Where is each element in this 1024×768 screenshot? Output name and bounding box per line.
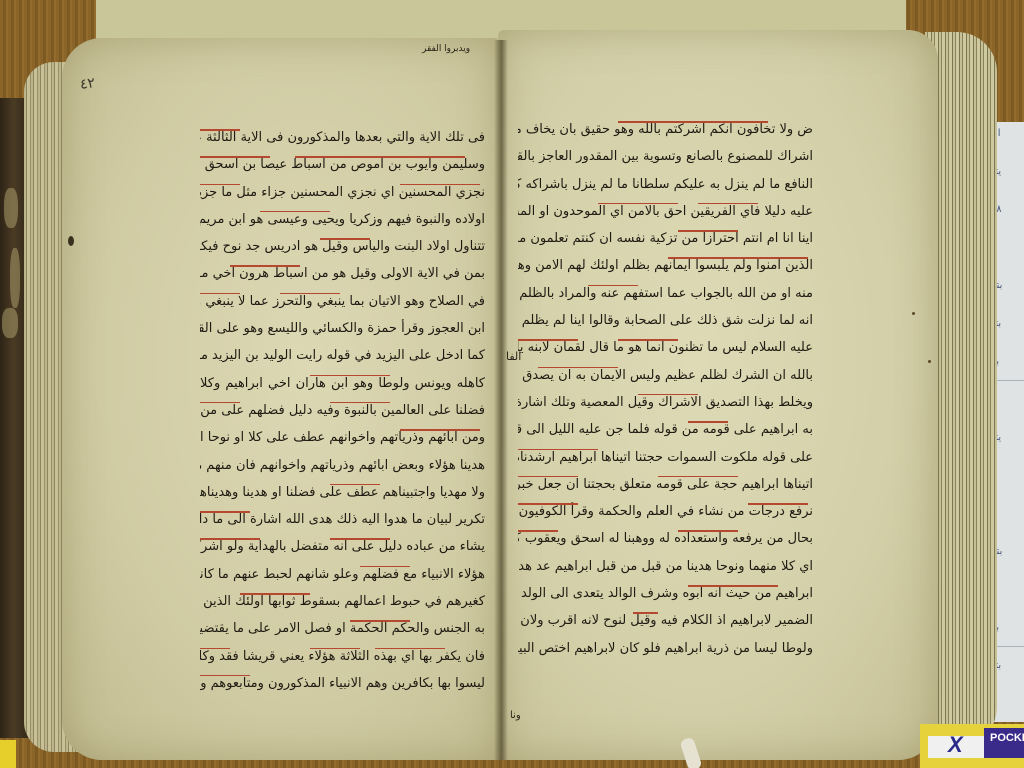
manuscript-line: منه او من الله بالجواب عما استفهم عنه وا… [518, 280, 813, 307]
manuscript-line: وسليمن وايوب بن اموص من اسباط عيصا بن اس… [200, 151, 485, 178]
rubric-overline [588, 285, 638, 287]
manuscript-line: بمن في الاية الاولى وقيل هو من اسباط هرو… [200, 260, 485, 287]
manuscript-line: فى تلك الاية والتي بعدها والمذكورون فى ا… [200, 124, 485, 151]
right-page-text: ض ولا تخافون انكم اشركتم بالله وهو حقيق … [518, 116, 813, 662]
rubric-overline [748, 503, 808, 505]
rubric-overline [280, 293, 340, 295]
rubric-overline [688, 421, 728, 423]
rubric-overline [230, 265, 300, 267]
manuscript-line: به ابراهيم على قومه من قوله فلما جن عليه… [518, 416, 813, 443]
rubric-overline [598, 203, 678, 205]
rubric-overline [400, 429, 480, 431]
rubric-overline [618, 339, 678, 341]
manuscript-line: النافع ما لم ينزل به عليكم سلطانا ما لم … [518, 171, 813, 198]
manuscript-line: نجزي المحسنين اي نجزي المحسنين جزاء مثل … [200, 179, 485, 206]
rubric-overline [518, 530, 558, 532]
rubric-overline [518, 339, 578, 341]
manuscript-line: فضلنا على العالمين بالنبوة وفيه دليل فضل… [200, 397, 485, 424]
manuscript-line: الذين امنوا ولم يلبسوا ايمانهم بظلم اولئ… [518, 252, 813, 279]
manuscript-line: يشاء من عباده دليل على انه متفضل بالهداي… [200, 533, 485, 560]
rubric-overline [518, 476, 578, 478]
rubric-overline [350, 620, 410, 622]
rubric-overline [200, 293, 240, 295]
manuscript-line: الضمير لابراهيم اذ الكلام فيه وقيل لنوح … [518, 607, 813, 634]
rubric-overline [310, 375, 390, 377]
rubric-overline [200, 156, 270, 158]
left-page-text: فى تلك الاية والتي بعدها والمذكورون فى ا… [200, 124, 485, 697]
manuscript-line: اولاده والنبوة فيهم وزكريا ويحيى وعيسى ه… [200, 206, 485, 233]
manuscript-line: على قوله ملكوت السموات حجتنا اتيناها ابر… [518, 444, 813, 471]
rubric-overline [360, 566, 410, 568]
manuscript-line: ابراهيم من حيث انه ابوه وشرف الوالد يتعد… [518, 580, 813, 607]
manuscript-line: ولا مهديا واجتبيناهم عطف على فضلنا او هد… [200, 479, 485, 506]
rubric-overline [330, 402, 390, 404]
rubric-overline [200, 648, 230, 650]
rubric-overline [310, 648, 360, 650]
rubric-overline [678, 530, 738, 532]
rubric-overline [518, 449, 598, 451]
manuscript-line: كما ادخل على اليزيد في قوله رايت الوليد … [200, 342, 485, 369]
paper-stain [928, 360, 931, 363]
rubric-overline [618, 121, 768, 123]
rubric-overline [295, 156, 465, 158]
rubric-overline [330, 484, 380, 486]
rubric-overline [200, 675, 250, 677]
rubric-overline [698, 203, 758, 205]
manuscript-line: اي كلا منهما ونوحا هدينا من قبل من قبل ا… [518, 553, 813, 580]
yellow-object [0, 740, 16, 768]
manuscript-line: كغيرهم في حبوط اعمالهم بسقوط ثوابها اولئ… [200, 588, 485, 615]
manuscript-line: انه لما نزلت شق ذلك على الصحابة وقالوا ا… [518, 307, 813, 334]
rubric-overline [633, 612, 658, 614]
manuscript-line: هدينا هؤلاء وبعض ابائهم وذرياتهم واخوانه… [200, 452, 485, 479]
manuscript-line: اشراك للمصنوع بالصانع وتسوية بين المقدور… [518, 143, 813, 170]
rubric-overline [688, 585, 778, 587]
manuscript-line: تكرير لبيان ما هدوا اليه ذلك هدى الله اش… [200, 506, 485, 533]
manuscript-line: فان يكفر بها اي بهذه الثلاثة هؤلاء يعني … [200, 643, 485, 670]
rubric-overline [240, 593, 310, 595]
paper-stain [912, 312, 915, 315]
manuscript-line: ابن العجوز وقرأ حمزة والكسائي والليسع وه… [200, 315, 485, 342]
rubric-overline [200, 511, 250, 513]
box-letter: X [948, 732, 963, 758]
manuscript-line: تتناول اولاد البنت والياس وقيل هو ادريس … [200, 233, 485, 260]
rubric-overline [260, 211, 330, 213]
book-gutter [494, 40, 508, 760]
manuscript-line: بحال من يرفعه واستعداده له ووهبنا له اسح… [518, 525, 813, 552]
rubric-overline [200, 402, 240, 404]
rubric-overline [658, 476, 738, 478]
header-note: ويدبروا الفقر [422, 44, 470, 54]
product-box: X POCKE [920, 724, 1024, 768]
manuscript-line: ليسوا بها بكافرين وهم الانبياء المذكورون… [200, 670, 485, 697]
manuscript-line: في الصلاح وهو الاتيان بما ينبغي والتحرز … [200, 288, 485, 315]
manuscript-line: ومن ابائهم وذرياتهم واخوانهم عطف على كلا… [200, 424, 485, 451]
rubric-overline [518, 503, 578, 505]
folio-number: ٤٢ [79, 75, 96, 93]
rubric-overline [200, 538, 260, 540]
manuscript-line: ويخلط بهذا التصديق الاشراك وقيل المعصية … [518, 389, 813, 416]
manuscript-line: ض ولا تخافون انكم اشركتم بالله وهو حقيق … [518, 116, 813, 143]
manuscript-line: عليه دليلا فاي الفريقين احق بالامن اي ال… [518, 198, 813, 225]
rubric-overline [200, 129, 240, 131]
manuscript-line: اينا انا ام انتم احترازا من تزكية نفسه ا… [518, 225, 813, 252]
manuscript-line: اتيناها ابراهيم حجة على قومه متعلق بحجتن… [518, 471, 813, 498]
rubric-overline [330, 538, 390, 540]
manuscript-line: عليه السلام ليس ما تظنون انما هو ما قال … [518, 334, 813, 361]
paper-stain [68, 236, 74, 246]
rubric-overline [375, 648, 445, 650]
manuscript-line: نرفع درجات من نشاء في العلم والحكمة وقرأ… [518, 498, 813, 525]
rubric-overline [320, 238, 370, 240]
rubric-overline [538, 367, 618, 369]
rubric-overline [200, 184, 240, 186]
box-brand: POCKE [984, 728, 1024, 758]
manuscript-line: بالله ان الشرك لظلم عظيم وليس الايمان به… [518, 362, 813, 389]
manuscript-line: كاهله ويونس ولوطا وهو ابن هاران اخي ابرا… [200, 370, 485, 397]
signature-catchword: ونا [510, 710, 521, 721]
manuscript-line: هؤلاء الانبياء مع فضلهم وعلو شانهم لحبط … [200, 561, 485, 588]
rubric-overline [638, 394, 698, 396]
rubric-overline [678, 230, 738, 232]
manuscript-line: به الجنس والحكم الحكمة او فصل الامر على … [200, 615, 485, 642]
manuscript-line: ولوطا ليسا من ذرية ابراهيم فلو كان لابرا… [518, 635, 813, 662]
rubric-overline [668, 257, 808, 259]
rubric-overline [400, 184, 480, 186]
